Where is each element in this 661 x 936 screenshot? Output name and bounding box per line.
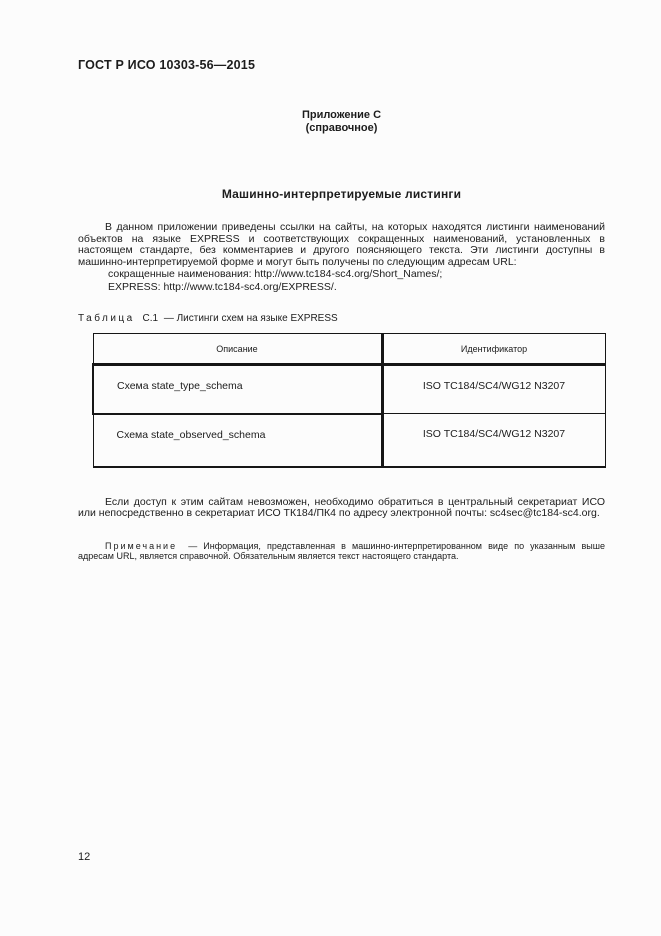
- table-row: Схема state_type_schema ISO TC184/SC4/WG…: [93, 365, 605, 414]
- table-caption: Таблица С.1 — Листинги схем на языке EXP…: [78, 313, 605, 324]
- intro-paragraph: В данном приложении приведены ссылки на …: [78, 222, 605, 268]
- note-label: Примечание: [105, 541, 177, 551]
- description-cell: Схема state_observed_schema: [93, 414, 382, 467]
- annex-heading: Приложение С (справочное): [78, 109, 605, 135]
- note-paragraph: Примечание — Информация, представленная …: [78, 541, 605, 563]
- table-caption-label: Таблица: [78, 313, 135, 324]
- table-header-identifier: Идентификатор: [382, 334, 605, 365]
- table-header-row: Описание Идентификатор: [93, 334, 605, 365]
- description-cell: Схема state_type_schema: [93, 365, 382, 414]
- doc-header: ГОСТ Р ИСО 10303-56—2015: [78, 58, 605, 72]
- access-paragraph: Если доступ к этим сайтам невозможен, не…: [78, 497, 605, 520]
- listings-table: Описание Идентификатор Схема state_type_…: [92, 333, 606, 468]
- url-line-short-names: сокращенные наименования: http://www.tc1…: [78, 268, 605, 281]
- section-title: Машинно-интерпретируемые листинги: [78, 187, 605, 201]
- table-caption-number: С.1: [143, 313, 159, 324]
- page-number: 12: [78, 851, 90, 863]
- table-row: Схема state_observed_schema ISO TC184/SC…: [93, 414, 605, 467]
- page-content: ГОСТ Р ИСО 10303-56—2015 Приложение С (с…: [0, 58, 661, 562]
- annex-label: Приложение С: [78, 109, 605, 122]
- table-header-description: Описание: [93, 334, 382, 365]
- annex-type: (справочное): [78, 122, 605, 135]
- document-page: ГОСТ Р ИСО 10303-56—2015 Приложение С (с…: [0, 0, 661, 936]
- identifier-cell: ISO TC184/SC4/WG12 N3207: [382, 365, 605, 414]
- table-caption-text: — Листинги схем на языке EXPRESS: [164, 313, 338, 324]
- identifier-cell: ISO TC184/SC4/WG12 N3207: [382, 414, 605, 467]
- url-line-express: EXPRESS: http://www.tc184-sc4.org/EXPRES…: [78, 281, 605, 294]
